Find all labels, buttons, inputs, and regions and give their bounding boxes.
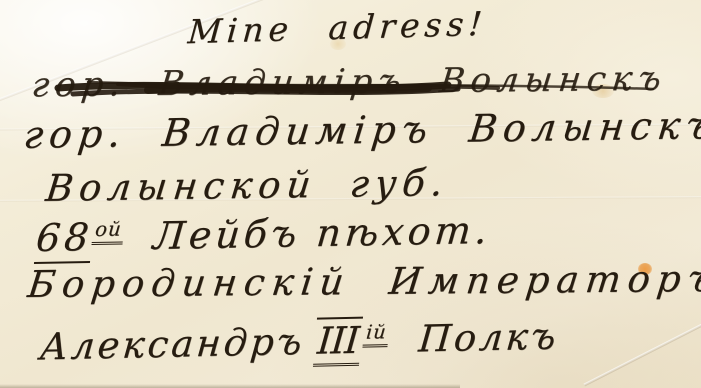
- patron-numeral-ordinal: ій: [363, 320, 390, 348]
- city-line: гор. Владиміръ Волынскъ: [22, 103, 701, 157]
- bottom-edge-shadow: [0, 384, 460, 388]
- patron-unit: Полкъ: [417, 315, 560, 361]
- regiment-number: 68: [34, 215, 95, 264]
- patron-numeral: III: [312, 317, 363, 367]
- handwritten-note-page: Mine adress! гор. Владиміръ Волынскъ гор…: [0, 0, 701, 388]
- bottom-right-fold-crease: [584, 307, 701, 387]
- province-line: Волынской губ.: [44, 161, 451, 210]
- patron-line: АлександръIIIій Полкъ: [38, 313, 561, 373]
- patron-name: Александръ: [38, 320, 306, 369]
- regiment-line: 68ой Лейбъ пѣхот.: [34, 208, 493, 264]
- regiment-name-line: Бородинскій Императоръ: [26, 257, 701, 306]
- crossed-address-line: гор. Владиміръ Волынскъ: [30, 59, 669, 106]
- regiment-number-ordinal: ой: [92, 217, 125, 245]
- regiment-type: Лейбъ пѣхот.: [151, 208, 493, 258]
- note-title-line: Mine adress!: [187, 4, 489, 51]
